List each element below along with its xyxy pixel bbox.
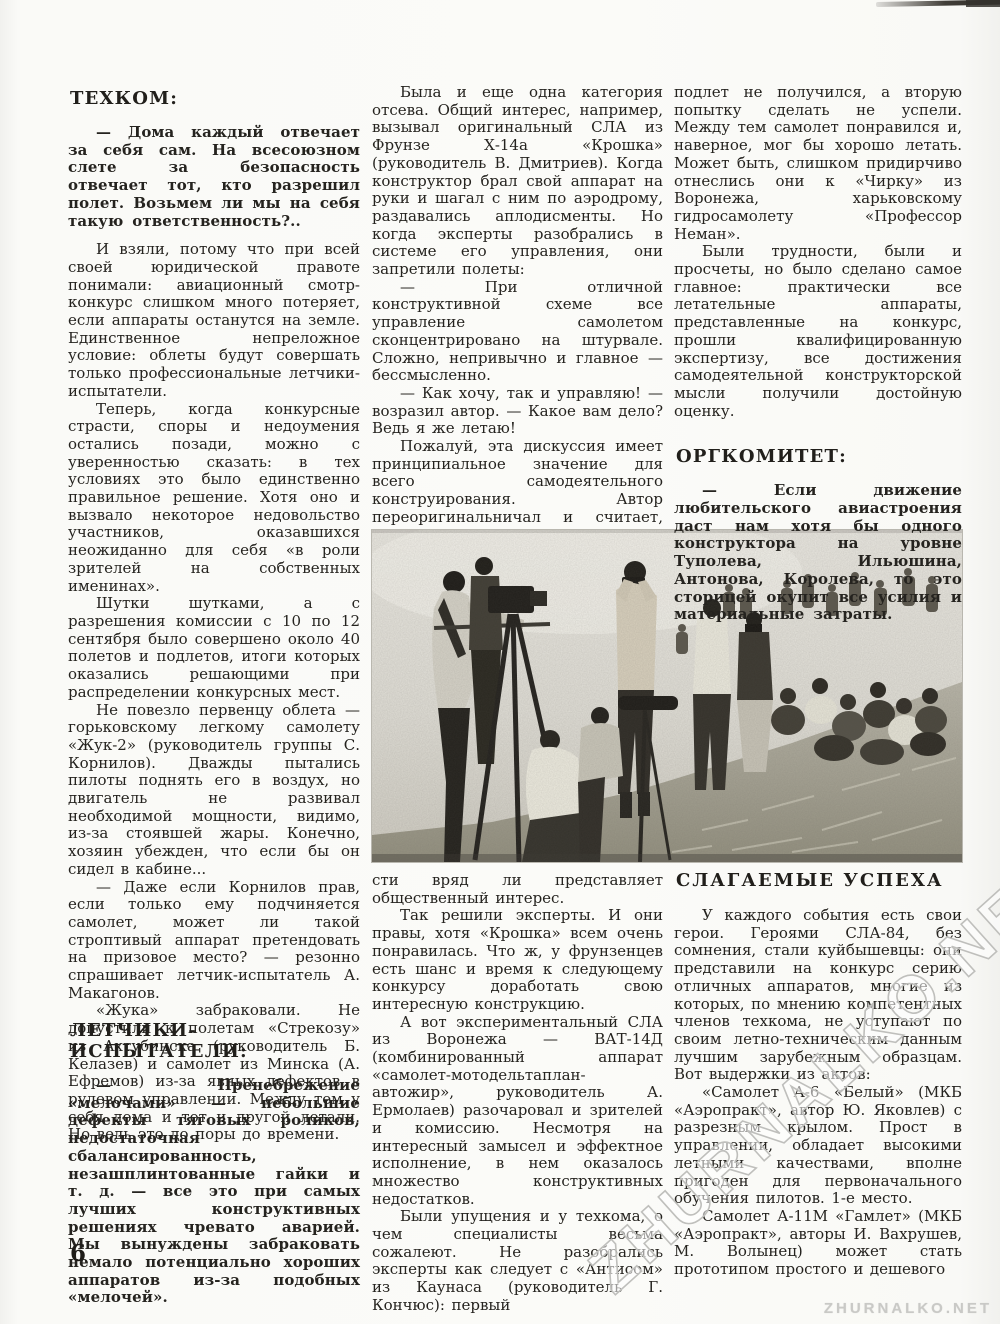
section-heading-orgkomitet: ОРГКОМИТЕТ:	[676, 446, 962, 467]
paragraph: подлет не получился, а вторую попытку сд…	[674, 84, 962, 243]
page-left-edge	[0, 0, 10, 1324]
column-1: ТЕХКОМ: — Дома каждый отвечает за себя с…	[68, 88, 360, 1144]
paragraph: — Даже если Корнилов прав, если только е…	[68, 879, 360, 1003]
page-number: 6	[70, 1240, 87, 1267]
magazine-page: ТЕХКОМ: — Дома каждый отвечает за себя с…	[0, 0, 1000, 1324]
paragraph: Так решили эксперты. И они правы, хотя «…	[372, 907, 663, 1013]
paragraph: Была и еще одна категория отсева. Общий …	[372, 84, 663, 279]
paragraph: — Пренебрежение «мелочами» — небольшие д…	[68, 1077, 360, 1307]
paragraph: Шутки шутками, а с разрешения комиссии с…	[68, 595, 360, 701]
paragraph: Были упущения и у техкома, о чем специал…	[372, 1208, 663, 1314]
section-heading-slagaemye: СЛАГАЕМЫЕ УСПЕХА	[676, 870, 962, 891]
paragraph: «Самолет А-6 «Белый» (МКБ «Аэропракт», а…	[674, 1084, 962, 1208]
column-3-top: подлет не получился, а вторую попытку сд…	[674, 84, 962, 624]
paragraph: — Как хочу, так и управляю! — возразил а…	[372, 385, 663, 438]
paragraph: Были трудности, были и просчеты, но было…	[674, 243, 962, 420]
paragraph: — Если движение любительского авиастроен…	[674, 482, 962, 624]
paragraph: У каждого события есть свои герои. Героя…	[674, 907, 962, 1084]
paragraph: А вот экспериментальный СЛА из Воронежа …	[372, 1014, 663, 1209]
footer-brand: ZHURNALKO.NET	[824, 1300, 992, 1317]
paragraph: — При отличной конструктивной схеме все …	[372, 279, 663, 385]
section-heading-letchiki: ЛЕТЧИКИ- ИСПЫТАТЕЛИ:	[70, 1020, 360, 1062]
paragraph: Теперь, когда конкурсные страсти, споры …	[68, 401, 360, 596]
scan-edge-corner	[966, 0, 1000, 7]
paragraph: — Дома каждый отвечает за себя сам. На в…	[68, 124, 360, 230]
column-2-bottom: сти вряд ли представляет общественный ин…	[372, 872, 663, 1315]
paragraph: Не повезло первенцу облета — горьковском…	[68, 702, 360, 879]
section-heading-techcom: ТЕХКОМ:	[70, 88, 360, 109]
paragraph: И взяли, потому что при всей своей юриди…	[68, 241, 360, 400]
paragraph: Самолет А-11М «Гамлет» (МКБ «Аэропракт»,…	[674, 1208, 962, 1279]
column-3-bottom: СЛАГАЕМЫЕ УСПЕХА У каждого события есть …	[674, 870, 962, 1279]
paragraph: сти вряд ли представляет общественный ин…	[372, 872, 663, 907]
column-1-bottom: ЛЕТЧИКИ- ИСПЫТАТЕЛИ: — Пренебрежение «ме…	[68, 1020, 360, 1307]
